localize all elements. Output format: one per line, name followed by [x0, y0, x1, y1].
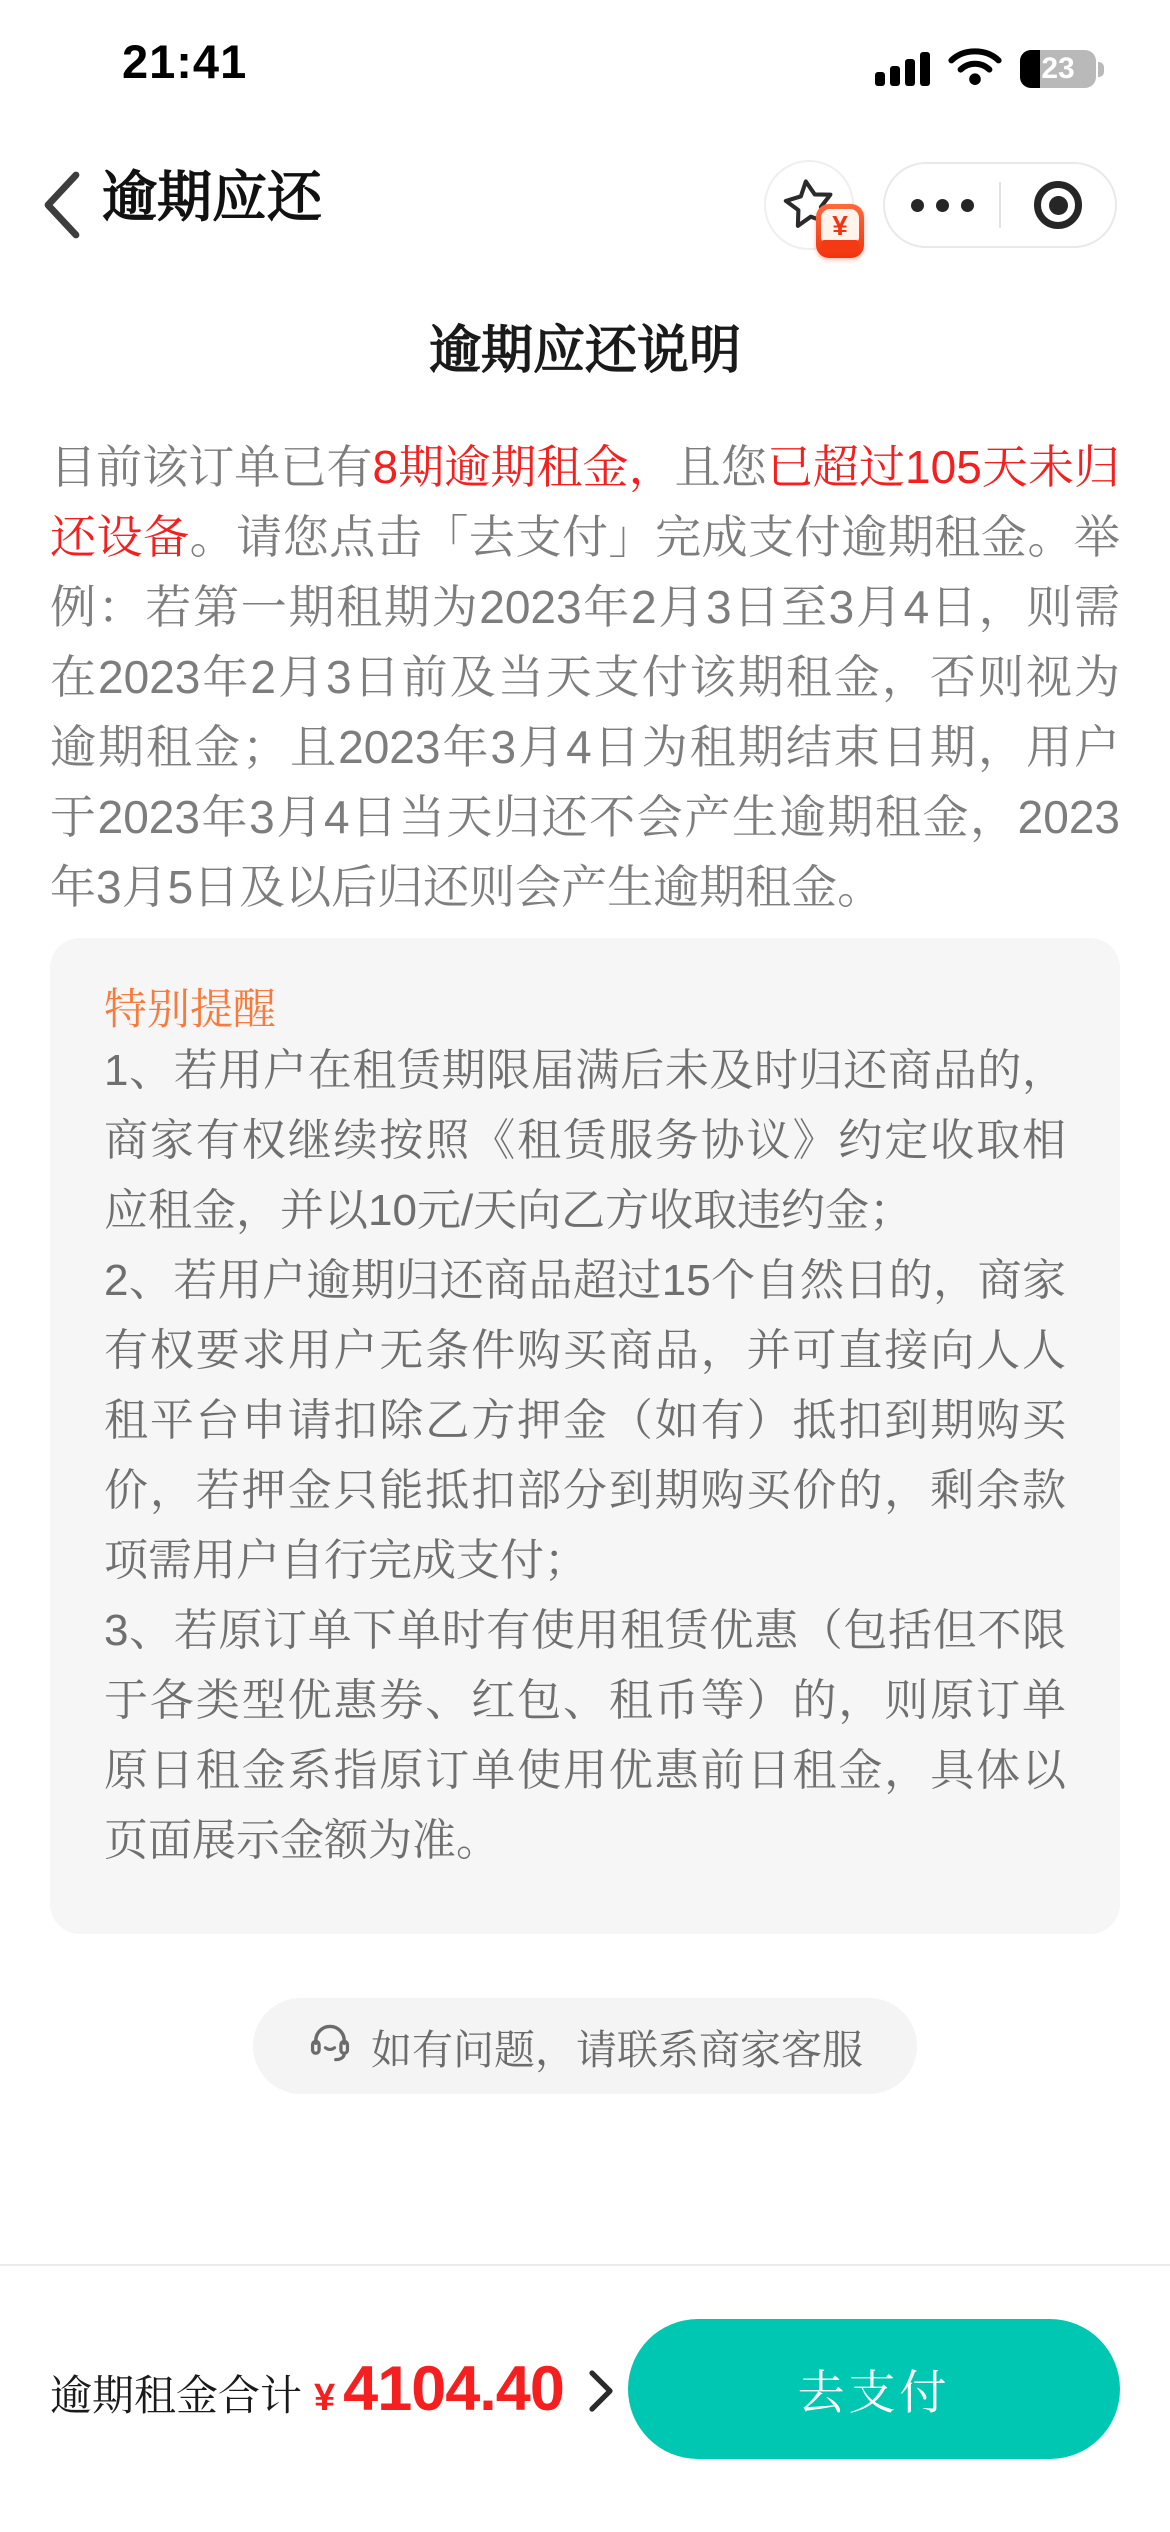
- cellular-signal-icon: [875, 52, 930, 86]
- back-button[interactable]: [38, 168, 102, 244]
- main-content: 逾期应还说明 目前该订单已有8期逾期租金，且您已超过105天未归还设备。请您点击…: [50, 322, 1120, 2094]
- special-notice-box: 特别提醒 1、若用户在租赁期限届满后未及时归还商品的，商家有权继续按照《租赁服务…: [50, 938, 1120, 1934]
- intro-highlight-periods: 8期逾期租金，: [373, 441, 675, 493]
- currency-symbol: ¥: [314, 2377, 335, 2420]
- chevron-left-icon: [38, 169, 84, 244]
- battery-icon: 23: [1020, 49, 1104, 89]
- yuan-badge-icon: ¥: [816, 204, 864, 258]
- notice-title: 特别提醒: [104, 984, 1066, 1036]
- status-bar: 21:41 23: [0, 0, 1170, 110]
- notice-item-1: 1、若用户在租赁期限届满后未及时归还商品的，商家有权继续按照《租赁服务协议》约定…: [104, 1036, 1066, 1246]
- miniprogram-capsule: [883, 162, 1117, 248]
- headset-icon: [307, 2018, 353, 2074]
- pay-button[interactable]: 去支付: [628, 2319, 1120, 2459]
- bottom-bar: 逾期租金合计 ¥ 4104.40 去支付: [0, 2264, 1170, 2532]
- status-icons: 23: [875, 46, 1104, 91]
- intro-text: 且您: [675, 441, 767, 493]
- battery-percent: 23: [1020, 50, 1096, 88]
- notice-item-2: 2、若用户逾期归还商品超过15个自然日的，商家有权要求用户无条件购买商品，并可直…: [104, 1246, 1066, 1596]
- contact-service-button[interactable]: 如有问题，请联系商家客服: [253, 1998, 917, 2094]
- record-dot-icon: [1034, 181, 1082, 229]
- notice-item-3: 3、若原订单下单时有使用租赁优惠（包括但不限于各类型优惠券、红包、租币等）的，则…: [104, 1596, 1066, 1876]
- status-time: 21:41: [122, 34, 247, 89]
- chevron-right-icon: [586, 2368, 616, 2417]
- total-detail-button[interactable]: 逾期租金合计 ¥ 4104.40: [50, 2353, 616, 2425]
- total-amount: 4104.40: [343, 2353, 564, 2425]
- close-capsule-button[interactable]: [1001, 164, 1115, 246]
- wifi-icon: [947, 46, 1003, 91]
- contact-service-label: 如有问题，请联系商家客服: [371, 2017, 863, 2076]
- intro-text: 目前该订单已有: [50, 441, 373, 493]
- more-button[interactable]: [885, 164, 999, 246]
- favorite-button[interactable]: ¥: [764, 160, 854, 250]
- total-label: 逾期租金合计: [50, 2363, 302, 2423]
- page-title: 逾期应还: [102, 164, 322, 230]
- ellipsis-icon: [911, 199, 974, 212]
- section-heading: 逾期应还说明: [50, 322, 1120, 380]
- overdue-intro-paragraph: 目前该订单已有8期逾期租金，且您已超过105天未归还设备。请您点击「去支付」完成…: [50, 432, 1120, 922]
- intro-text: 。请您点击「去支付」完成支付逾期租金。举例：若第一期租期为2023年2月3日至3…: [50, 511, 1120, 913]
- nav-bar: 逾期应还 ¥: [0, 148, 1170, 263]
- service-row: 如有问题，请联系商家客服: [50, 1998, 1120, 2094]
